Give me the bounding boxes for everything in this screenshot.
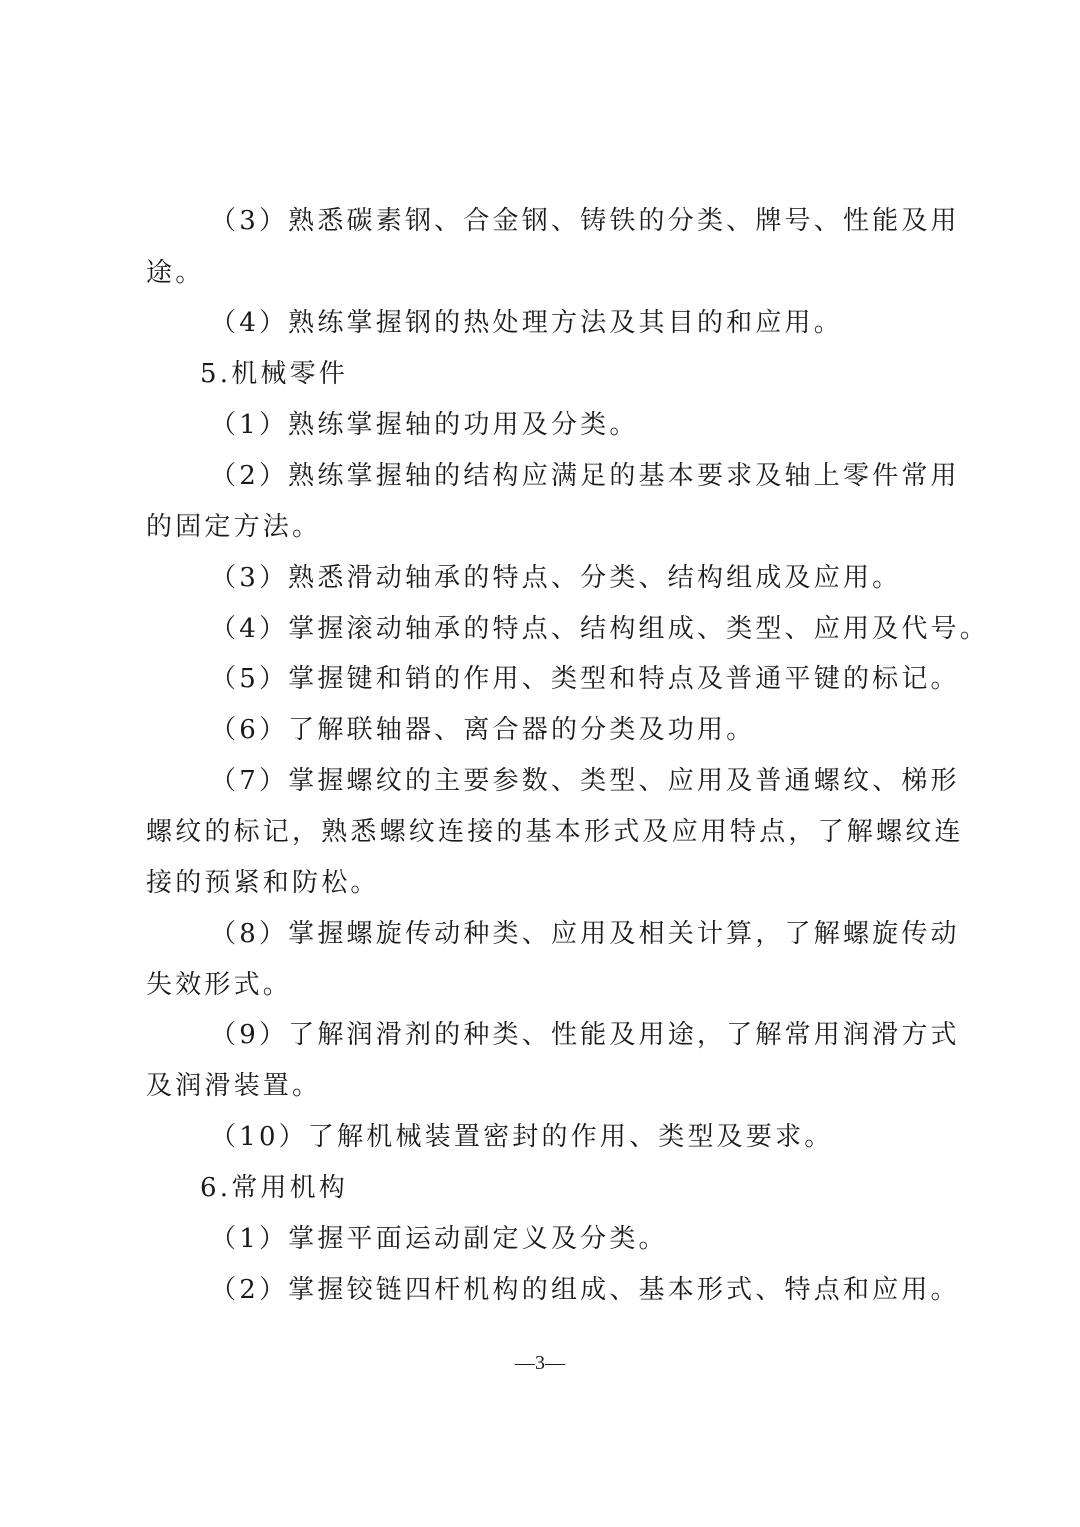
list-item-line: （3）熟悉滑动轴承的特点、分类、结构组成及应用。 — [210, 561, 1010, 595]
list-item-line: （2）熟练掌握轴的结构应满足的基本要求及轴上零件常用 — [210, 459, 1010, 493]
continuation-line: 失效形式。 — [146, 968, 946, 1002]
section-heading: 6.常用机构 — [200, 1171, 1000, 1205]
list-item-line: （3）熟悉碳素钢、合金钢、铸铁的分类、牌号、性能及用 — [210, 204, 1010, 238]
document-page: （3）熟悉碳素钢、合金钢、铸铁的分类、牌号、性能及用途。（4）熟练掌握钢的热处理… — [0, 0, 1080, 1527]
continuation-line: 的固定方法。 — [146, 510, 946, 544]
continuation-line: 及润滑装置。 — [146, 1069, 946, 1103]
list-item-line: （8）掌握螺旋传动种类、应用及相关计算，了解螺旋传动 — [210, 917, 1010, 951]
list-item-line: （4）熟练掌握钢的热处理方法及其目的和应用。 — [210, 306, 1010, 340]
continuation-line: 途。 — [146, 256, 946, 290]
list-item-line: （1）熟练掌握轴的功用及分类。 — [210, 408, 1010, 442]
continuation-line: 螺纹的标记，熟悉螺纹连接的基本形式及应用特点，了解螺纹连 — [146, 815, 946, 849]
continuation-line: 接的预紧和防松。 — [146, 866, 946, 900]
list-item-line: （10）了解机械装置密封的作用、类型及要求。 — [210, 1120, 1010, 1154]
list-item-line: （1）掌握平面运动副定义及分类。 — [210, 1222, 1010, 1256]
list-item-line: （5）掌握键和销的作用、类型和特点及普通平键的标记。 — [210, 662, 1010, 696]
list-item-line: （6）了解联轴器、离合器的分类及功用。 — [210, 713, 1010, 747]
list-item-line: （9）了解润滑剂的种类、性能及用途，了解常用润滑方式 — [210, 1018, 1010, 1052]
list-item-line: （7）掌握螺纹的主要参数、类型、应用及普通螺纹、梯形 — [210, 764, 1010, 798]
page-number: —3— — [0, 1352, 1080, 1375]
list-item-line: （2）掌握铰链四杆机构的组成、基本形式、特点和应用。 — [210, 1273, 1010, 1307]
list-item-line: （4）掌握滚动轴承的特点、结构组成、类型、应用及代号。 — [210, 612, 1010, 646]
section-heading: 5.机械零件 — [200, 357, 1000, 391]
